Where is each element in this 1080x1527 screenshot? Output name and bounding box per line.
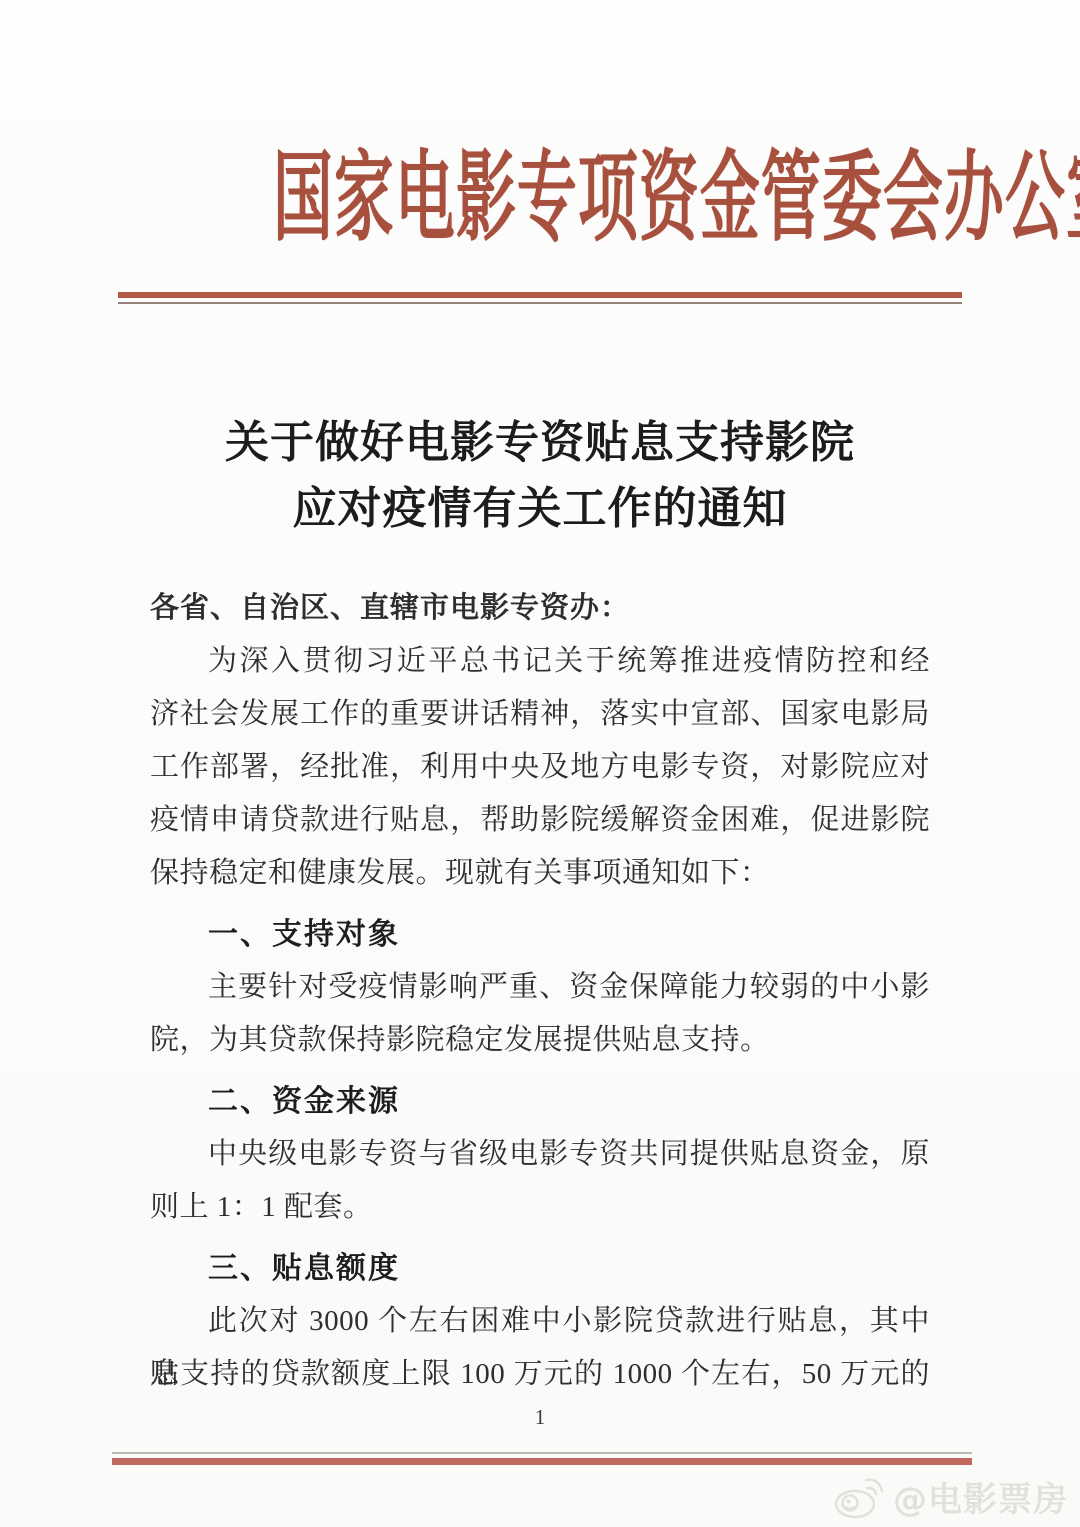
letterhead-divider-thick-line — [118, 292, 962, 298]
body-line: 此次对 3000 个左右困难中小影院贷款进行贴息，其中贴 — [150, 1295, 930, 1348]
letterhead-title: 国家电影专项资金管委会办公室 — [0, 150, 1080, 248]
document-title-line2: 应对疫情有关工作的通知 — [0, 476, 1080, 542]
body-line: 疫情申请贷款进行贴息，帮助影院缓解资金困难，促进影院 — [150, 794, 930, 847]
document-body-lines: 为深入贯彻习近平总书记关于统筹推进疫情防控和经济社会发展工作的重要讲话精神，落实… — [150, 635, 930, 1401]
section-heading: 三、贴息额度 — [150, 1242, 930, 1295]
weibo-logo-icon — [833, 1474, 887, 1520]
watermark-text: @电影票房 — [893, 1472, 1068, 1521]
body-line: 息支持的贷款额度上限 100 万元的 1000 个左右，50 万元的 — [150, 1348, 930, 1401]
body-line: 为深入贯彻习近平总书记关于统筹推进疫情防控和经 — [150, 635, 930, 688]
body-line: 保持稳定和健康发展。现就有关事项通知如下： — [150, 847, 930, 900]
document-title: 关于做好电影专资贴息支持影院 应对疫情有关工作的通知 — [0, 410, 1080, 542]
footer-divider-thick-line — [112, 1458, 972, 1465]
section-heading: 二、资金来源 — [150, 1075, 930, 1128]
body-line: 中央级电影专资与省级电影专资共同提供贴息资金，原 — [150, 1128, 930, 1181]
footer-divider — [112, 1452, 972, 1465]
document-body: 各省、自治区、直辖市电影专资办： 为深入贯彻习近平总书记关于统筹推进疫情防控和经… — [150, 582, 930, 1401]
body-line: 则上 1：1 配套。 — [150, 1181, 930, 1234]
body-line: 院，为其贷款保持影院稳定发展提供贴息支持。 — [150, 1014, 930, 1067]
document-title-line1: 关于做好电影专资贴息支持影院 — [0, 410, 1080, 476]
body-line: 主要针对受疫情影响严重、资金保障能力较弱的中小影 — [150, 961, 930, 1014]
footer-divider-thin-line — [112, 1452, 972, 1454]
letterhead-text: 国家电影专项资金管委会办公室 — [273, 150, 1080, 248]
salutation-line: 各省、自治区、直辖市电影专资办： — [150, 582, 930, 635]
letterhead-divider — [118, 292, 962, 304]
body-line: 济社会发展工作的重要讲话精神，落实中宣部、国家电影局 — [150, 688, 930, 741]
page-number: 1 — [0, 1405, 1080, 1430]
letterhead-divider-thin-line — [118, 302, 962, 304]
watermark: @电影票房 — [833, 1472, 1068, 1521]
body-line: 工作部署，经批准，利用中央及地方电影专资，对影院应对 — [150, 741, 930, 794]
document-page: 国家电影专项资金管委会办公室 关于做好电影专资贴息支持影院 应对疫情有关工作的通… — [0, 0, 1080, 1527]
section-heading: 一、支持对象 — [150, 908, 930, 961]
